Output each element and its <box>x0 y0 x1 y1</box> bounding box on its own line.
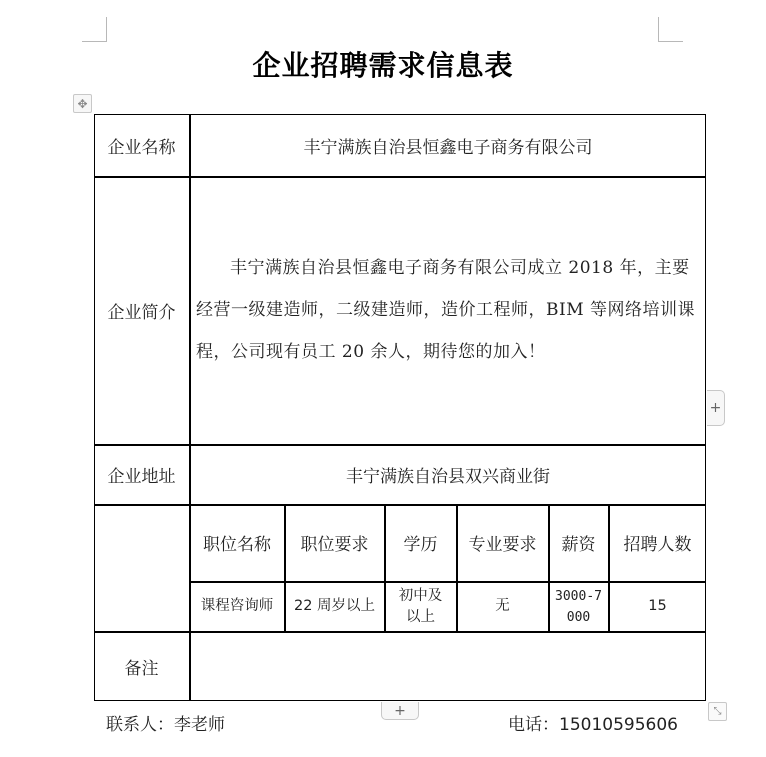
header-position-requirement: 职位要求 <box>285 504 384 581</box>
position-name[interactable]: 课程咨询师 <box>190 582 284 631</box>
header-education: 学历 <box>385 504 456 581</box>
company-name-value[interactable]: 丰宁满族自治县恒鑫电子商务有限公司 <box>190 114 706 176</box>
remarks-value[interactable] <box>190 631 706 701</box>
header-position-name: 职位名称 <box>190 504 284 581</box>
position-requirement[interactable]: 22 周岁以上 <box>285 582 384 631</box>
education[interactable]: 初中及以上 <box>397 582 444 631</box>
headcount[interactable]: 15 <box>609 582 706 631</box>
table-resize-handle[interactable]: ⤡ <box>708 702 727 721</box>
address-label: 企业地址 <box>94 444 189 504</box>
header-salary: 薪资 <box>549 504 608 581</box>
company-name-label: 企业名称 <box>94 114 189 176</box>
contact-phone: 电话：15010595606 <box>508 710 678 735</box>
address-value[interactable]: 丰宁满族自治县双兴商业街 <box>190 444 706 504</box>
crop-mark-top-right <box>658 17 683 42</box>
add-row-button[interactable]: + <box>381 702 419 720</box>
salary[interactable]: 3000-7000 <box>554 582 603 631</box>
resize-icon: ⤡ <box>714 706 722 717</box>
intro-label: 企业简介 <box>94 176 189 444</box>
crop-mark-top-left <box>82 17 107 42</box>
major-requirement[interactable]: 无 <box>457 582 548 631</box>
intro-text: 丰宁满族自治县恒鑫电子商务有限公司成立 2018 年，主要经营一级建造师，二级建… <box>196 247 698 373</box>
intro-cell[interactable]: 丰宁满族自治县恒鑫电子商务有限公司成立 2018 年，主要经营一级建造师，二级建… <box>190 176 706 444</box>
remarks-label: 备注 <box>94 631 189 701</box>
plus-icon: + <box>394 703 406 719</box>
plus-icon: + <box>710 400 722 416</box>
header-headcount: 招聘人数 <box>609 504 706 581</box>
move-icon: ✥ <box>77 97 87 111</box>
document-title: 企业招聘需求信息表 <box>0 44 766 84</box>
header-major-requirement: 专业要求 <box>457 504 548 581</box>
contact-person: 联系人：李老师 <box>106 710 225 735</box>
table-move-handle[interactable]: ✥ <box>73 94 92 113</box>
add-column-button[interactable]: + <box>707 390 725 426</box>
